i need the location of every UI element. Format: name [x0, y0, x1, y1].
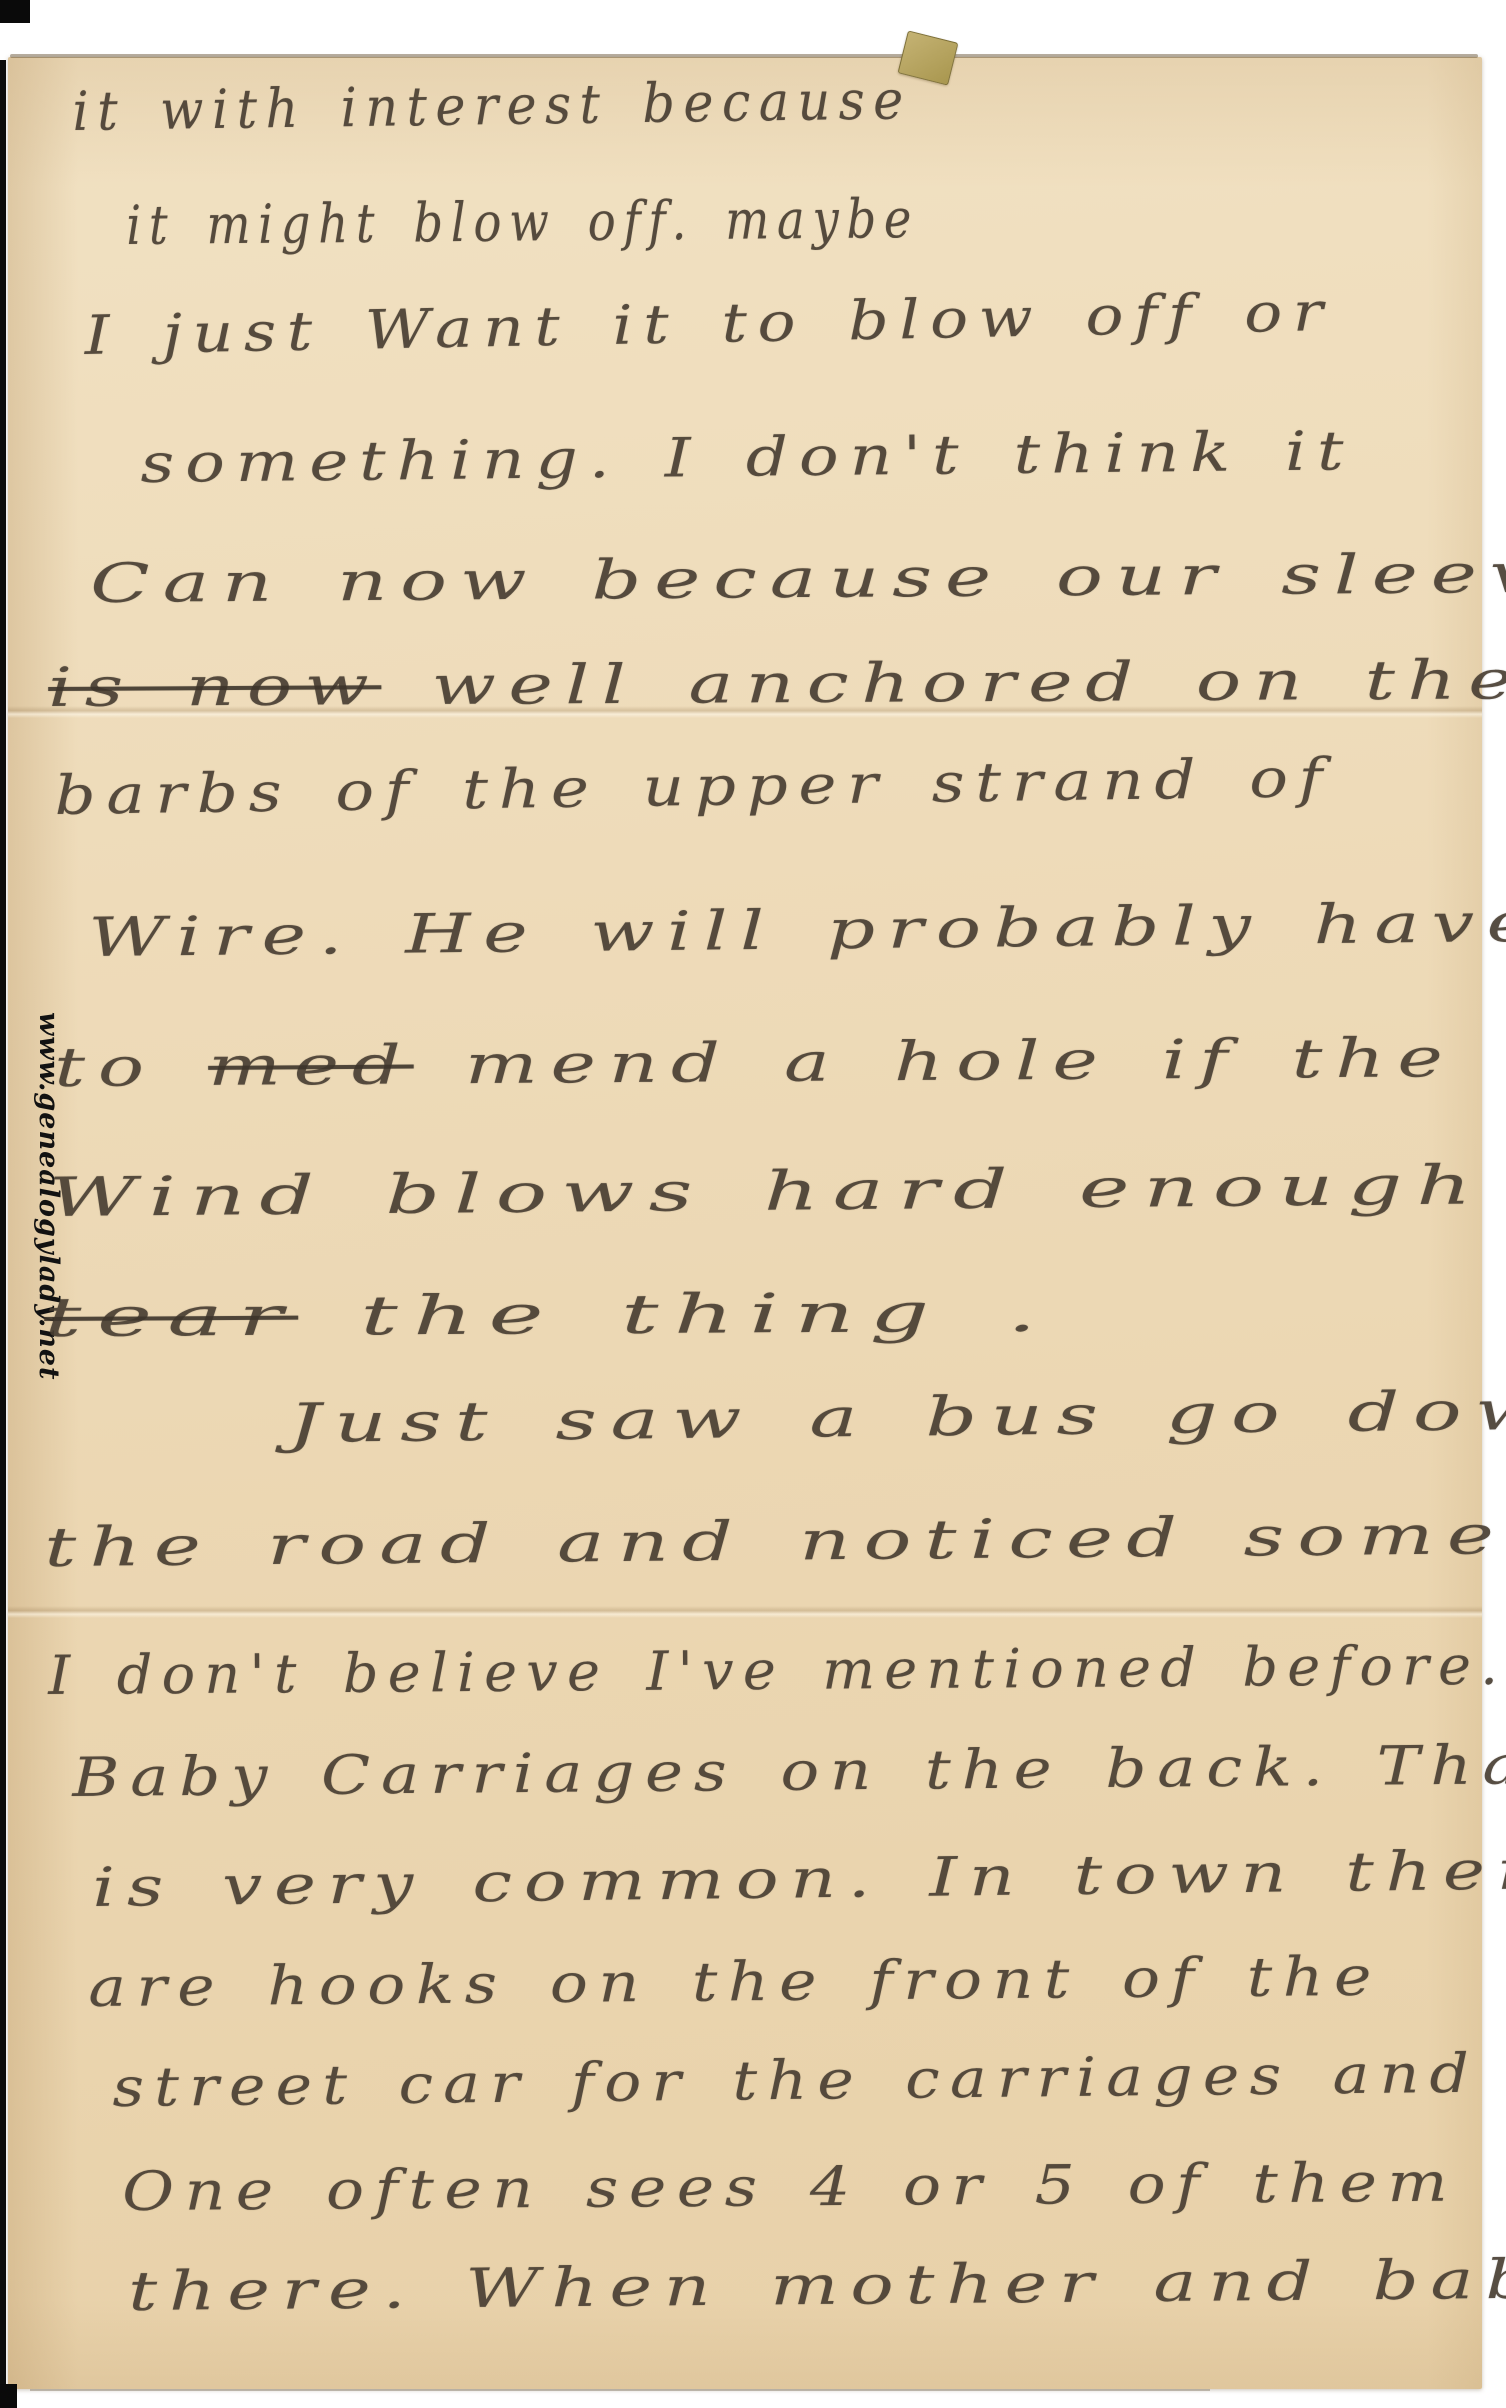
paper-bottom-edge	[30, 2389, 1210, 2391]
handwritten-line: to med mend a hole if the	[54, 1022, 1456, 1105]
handwritten-text: street car for the carriages and	[112, 2042, 1479, 2119]
handwritten-line: I don't believe I've mentioned before.	[48, 1630, 1506, 1713]
struck-word: is now	[48, 654, 381, 719]
handwritten-text: I don't believe I've mentioned before.	[48, 1634, 1506, 1707]
handwritten-text: the road and noticed something	[44, 1501, 1506, 1579]
handwritten-line: tear the thing .	[44, 1277, 1052, 1355]
scan-background: www.genealogylady.net it with interest b…	[0, 0, 1506, 2408]
handwritten-line: it might blow off. maybe	[126, 183, 919, 263]
handwritten-text: it with interest because	[72, 68, 912, 143]
scanner-edge-artifact	[0, 0, 30, 23]
handwritten-line: are hooks on the front of the	[88, 1941, 1382, 2025]
handwritten-text: One often sees 4 or 5 of them	[122, 2151, 1458, 2223]
handwritten-text: are hooks on the front of the	[88, 1945, 1382, 2019]
scanner-edge-artifact	[0, 2384, 17, 2408]
handwritten-line: is now well anchored on the	[48, 644, 1506, 725]
scanner-edge-artifact	[0, 60, 6, 2396]
handwritten-line: Baby Carriages on the back. That	[72, 1729, 1506, 1815]
handwritten-line: there. When mother and babe	[128, 2243, 1506, 2329]
handwritten-text: there. When mother and babe	[128, 2247, 1506, 2323]
handwritten-line: Wire. He will probably have	[88, 887, 1506, 975]
handwritten-text: Can now because our sleeve	[90, 541, 1506, 615]
handwritten-text: Wind blows hard enough to	[48, 1152, 1506, 1229]
handwritten-line: the road and noticed something	[44, 1497, 1506, 1585]
handwritten-line: One often sees 4 or 5 of them	[122, 2147, 1458, 2229]
struck-word: tear	[44, 1285, 298, 1349]
handwritten-text: barbs of the upper strand of	[54, 746, 1333, 827]
handwritten-line: Can now because our sleeve	[90, 537, 1506, 620]
handwritten-text: Just saw a bus go down	[288, 1378, 1506, 1455]
handwritten-text: something. I don't think it	[140, 419, 1355, 495]
fold-crease	[8, 1606, 1482, 1618]
handwritten-text: to	[54, 1035, 208, 1099]
handwritten-text: is very common. In town there	[92, 1838, 1506, 1919]
handwritten-line: street car for the carriages and	[112, 2038, 1480, 2125]
handwritten-line: Just saw a bus go down	[288, 1374, 1506, 1461]
handwritten-text: well anchored on the	[381, 648, 1506, 717]
paper-top-edge	[10, 54, 1478, 58]
handwritten-line: Wind blows hard enough to	[48, 1148, 1506, 1235]
handwritten-text: mend a hole if the	[413, 1026, 1455, 1096]
handwritten-text: Baby Carriages on the back. That	[72, 1733, 1506, 1809]
struck-word: med	[208, 1033, 414, 1097]
handwritten-line: something. I don't think it	[140, 415, 1355, 501]
handwritten-text: it might blow off. maybe	[126, 187, 919, 257]
handwritten-text: Wire. He will probably have	[88, 891, 1506, 969]
handwritten-line: it with interest because	[72, 64, 912, 149]
handwritten-text: the thing .	[298, 1281, 1052, 1348]
